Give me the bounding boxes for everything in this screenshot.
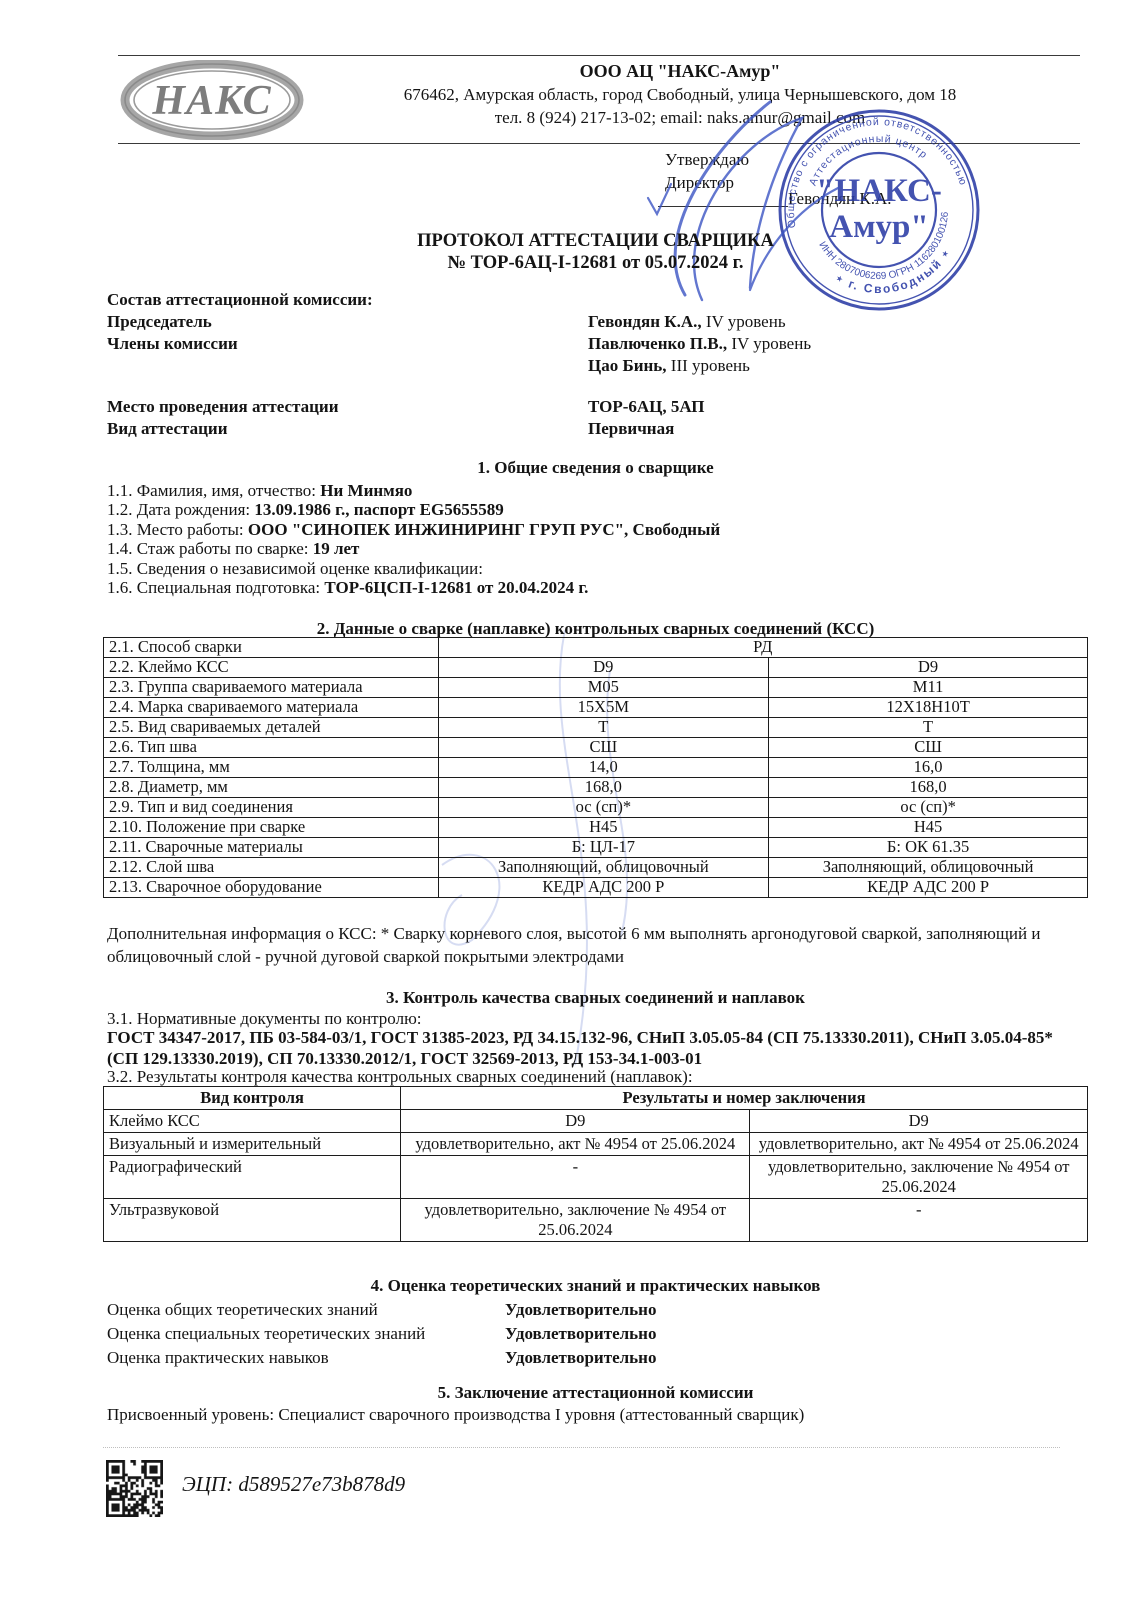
table-row: 2.3. Группа свариваемого материалаМ05М11 [104,678,1088,698]
place-label: Место проведения аттестации [107,397,339,416]
control-results-table: Вид контроля Результаты и номер заключен… [103,1086,1088,1242]
welder-qualification: 1.5. Сведения о независимой оценке квали… [107,559,1092,578]
section4-heading: 4. Оценка теоретических знаний и практич… [103,1276,1088,1296]
member-name: Гевондян К.А., [588,312,702,331]
place-value: ТОР-6АЦ, 5АП [588,397,704,417]
commission-role: Члены комиссии [107,334,238,353]
qr-code [106,1460,163,1517]
org-name: ООО АЦ "НАКС-Амур" [300,60,1060,83]
score-row: Оценка практических навыковУдовлетворите… [107,1346,1092,1370]
table-row: Ультразвуковойудовлетворительно, заключе… [104,1199,1088,1242]
score-row: Оценка общих теоретических знанийУдовлет… [107,1298,1092,1322]
member-name: Павлюченко П.В., [588,334,727,353]
table-row: Радиографический-удовлетворительно, закл… [104,1156,1088,1199]
table-row: 2.8. Диаметр, мм168,0168,0 [104,778,1088,798]
table-row: 2.11. Сварочные материалыБ: ЦЛ-17Б: ОК 6… [104,838,1088,858]
score-row: Оценка специальных теоретических знанийУ… [107,1322,1092,1346]
round-stamp: Общество с ограниченной ответственностью… [768,104,990,316]
type-value: Первичная [588,419,674,439]
member-level: IV уровень [702,312,786,331]
svg-text:НАКС: НАКС [151,78,271,124]
type-label: Вид аттестации [107,419,228,438]
section1-items: 1.1. Фамилия, имя, отчество: Ни Минмяо 1… [107,481,1092,597]
control-results-label: 3.2. Результаты контроля качества контро… [107,1067,1087,1087]
commission-row: Председатель Гевондян К.А., IV уровень [107,312,1092,332]
approval-block: Утверждаю Директор [665,148,749,194]
table-row: 2.1. Способ сваркиРД [104,638,1088,658]
table-row: 2.12. Слой шваЗаполняющий, облицовочныйЗ… [104,858,1088,878]
director-label: Директор [665,171,749,194]
normative-docs-list: ГОСТ 34347-2017, ПБ 03-584-03/1, ГОСТ 31… [107,1028,1087,1069]
commission-heading: Состав аттестационной комиссии: [107,290,1092,310]
digital-signature-text: ЭЦП: d589527e73b878d9 [182,1472,405,1497]
attestation-type-row: Вид аттестации Первичная [107,419,1092,439]
table-row: Визуальный и измерительныйудовлетворител… [104,1133,1088,1156]
member-name: Цао Бинь, [588,356,667,375]
table-row: 2.13. Сварочное оборудованиеКЕДР АДС 200… [104,878,1088,898]
section3-heading: 3. Контроль качества сварных соединений … [103,988,1088,1008]
welder-birthdate: 1.2. Дата рождения: 13.09.1986 г., паспо… [107,500,1092,519]
welder-experience: 1.4. Стаж работы по сварке: 19 лет [107,539,1092,558]
table-row: 2.10. Положение при сваркеН45Н45 [104,818,1088,838]
table-row: 2.4. Марка свариваемого материала15Х5М12… [104,698,1088,718]
table-header-row: Вид контроля Результаты и номер заключен… [104,1087,1088,1110]
section2-heading: 2. Данные о сварке (наплавке) контрольны… [103,619,1088,639]
welder-fio: 1.1. Фамилия, имя, отчество: Ни Минмяо [107,481,1092,500]
table-row: 2.2. Клеймо КССD9D9 [104,658,1088,678]
section4-rows: Оценка общих теоретических знанийУдовлет… [107,1298,1092,1370]
header-top-rule [118,55,1080,56]
table-row: 2.5. Вид свариваемых деталейТТ [104,718,1088,738]
attestation-place-row: Место проведения аттестации ТОР-6АЦ, 5АП [107,397,1092,417]
stamp-center-line1: "НАКС- [816,173,942,209]
welder-employer: 1.3. Место работы: ООО "СИНОПЕК ИНЖИНИРИ… [107,520,1092,539]
table-row: 2.9. Тип и вид соединенияос (сп)*ос (сп)… [104,798,1088,818]
welder-special-training: 1.6. Специальная подготовка: ТОР-6ЦСП-I-… [107,578,1092,597]
table-row: Клеймо КССD9D9 [104,1110,1088,1133]
approve-label: Утверждаю [665,148,749,171]
member-level: III уровень [667,356,750,375]
commission-row: Члены комиссии Павлюченко П.В., IV урове… [107,334,1092,354]
document-title: ПРОТОКОЛ АТТЕСТАЦИИ СВАРЩИКА № ТОР-6АЦ-I… [103,230,1088,274]
table-row: 2.6. Тип шваСШСШ [104,738,1088,758]
assigned-level-text: Присвоенный уровень: Специалист сварочно… [107,1405,1092,1425]
section5-heading: 5. Заключение аттестационной комиссии [103,1383,1088,1403]
title-line1: ПРОТОКОЛ АТТЕСТАЦИИ СВАРЩИКА [103,230,1088,252]
normative-docs-label: 3.1. Нормативные документы по контролю: [107,1009,1087,1029]
kss-additional-info: Дополнительная информация о КСС: * Сварк… [107,922,1087,968]
section1-heading: 1. Общие сведения о сварщике [103,458,1088,478]
org-address: 676462, Амурская область, город Свободны… [300,83,1060,106]
naks-logo: НАКС [120,60,305,140]
scan-dotted-line [103,1447,1060,1448]
title-line2: № ТОР-6АЦ-I-12681 от 05.07.2024 г. [103,252,1088,274]
commission-role: Председатель [107,312,212,331]
table-row: 2.7. Толщина, мм14,016,0 [104,758,1088,778]
kss-data-table: 2.1. Способ сваркиРД 2.2. Клеймо КССD9D9… [103,637,1088,898]
member-level: IV уровень [727,334,811,353]
